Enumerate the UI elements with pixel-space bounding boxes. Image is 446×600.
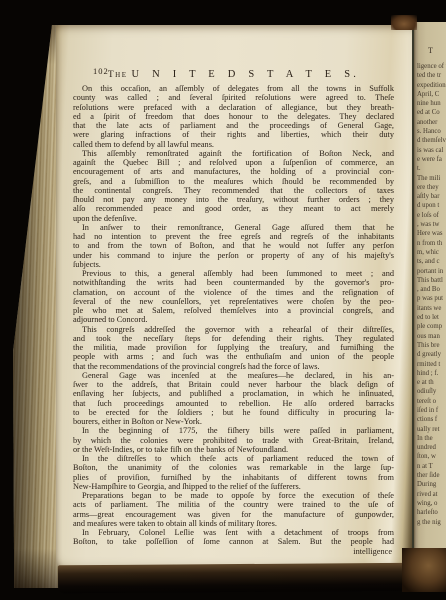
text-line: that the recommendations of the provinci… <box>73 362 394 371</box>
right-page-text-fragment: This bre <box>414 341 446 350</box>
right-page-text-fragment: d themſelv <box>414 136 446 145</box>
text-line: notwithſtanding the writs had been count… <box>73 278 394 287</box>
text-line: ſwer to the addreſs, that Britain could … <box>73 380 394 389</box>
text-line: ſhould not pay any money into the treaſu… <box>73 195 394 204</box>
right-page-text-fragment: hind ; f. <box>414 369 446 378</box>
running-title: The U N I T E D S T A T E S. <box>73 64 394 82</box>
right-page-text-fragment: ous man <box>414 332 446 341</box>
right-page-text-fragment: ted the tr <box>414 71 446 80</box>
right-page-text-fragment: n from th <box>414 239 446 248</box>
right-page-text-fragment: another <box>414 118 446 127</box>
page-header: 102 The U N I T E D S T A T E S. <box>73 64 394 78</box>
right-page-text-fragment: t. <box>414 164 446 173</box>
bottom-page-block-edge <box>58 563 434 594</box>
right-page-text-fragment: e were fa <box>414 155 446 164</box>
running-title-article: The <box>108 70 128 80</box>
text-line: General Gage was incenſed at the meaſure… <box>73 371 394 380</box>
paragraph: In anſwer to their remonſtrance, General… <box>73 223 394 269</box>
right-page-text-fragment: ed to let <box>414 313 446 322</box>
paragraph: Preparations began to be made to oppoſe … <box>73 491 394 528</box>
book-right-page-sliver: T ligence of tted the trexpedition tApri… <box>412 22 446 564</box>
text-line: county was called ; and ſeveral ſpirited… <box>73 93 394 102</box>
right-page-text-fragment: expedition t <box>414 81 446 90</box>
right-page-text-fragment: ed at Co <box>414 108 446 117</box>
text-line: that ſuch proceedings amounted to rebell… <box>73 399 394 408</box>
text-line: againſt the Quebec Bill ; and reſolved u… <box>73 158 394 167</box>
right-page-text-fragment: The mili <box>414 174 446 183</box>
paragraph: Previous to this, a general aſſembly had… <box>73 269 394 325</box>
text-line: reſolutions were prefaced with a declara… <box>73 103 394 112</box>
text-line: that the late acts of parliament and the… <box>73 121 394 130</box>
text-line: ſubjects. <box>73 260 394 269</box>
right-page-text-fragment: Here was <box>414 229 446 238</box>
text-line: or the Weſt-Indies, or to take fiſh on t… <box>73 445 394 454</box>
text-line: greſs, and a ſubmiſſion to the meaſures … <box>73 177 394 186</box>
right-page-text-fragment: m, whic <box>414 248 446 257</box>
right-page-text-fragment: rmitted t <box>414 360 446 369</box>
text-line: adjourned to Concord. <box>73 315 394 324</box>
text-line: Boſton, to take poſſeſſion of ſome canno… <box>73 537 394 546</box>
catchword: intelligence <box>73 547 394 556</box>
right-page-text-fragment: g the nig <box>414 518 446 527</box>
right-page-text-fragment: n at T <box>414 462 446 471</box>
right-page-text-fragment: tereſt o <box>414 397 446 406</box>
paragraph: This aſſembly remonſtrated againſt the f… <box>73 149 394 223</box>
right-page-text-fragment: odiuſly <box>414 387 446 396</box>
text-line: people with arms ; and ſuch was the enth… <box>73 352 394 361</box>
book-photo: 102 The U N I T E D S T A T E S. On this… <box>0 0 446 600</box>
text-line: and took the neceſſary ſteps for defendi… <box>73 334 394 343</box>
book-left-page: 102 The U N I T E D S T A T E S. On this… <box>56 25 414 572</box>
text-line: This aſſembly remonſtrated againſt the f… <box>73 149 394 158</box>
text-line: Preparations began to be made to oppoſe … <box>73 491 394 500</box>
text-line: arms—great encouragement was given for t… <box>73 510 394 519</box>
right-page-text-fragment: p was put <box>414 294 446 303</box>
text-line: On this occaſion, an aſſembly of delegat… <box>73 84 394 93</box>
right-page-text-fragments: ligence of tted the trexpedition tApril,… <box>414 62 446 527</box>
right-page-text-fragment: April, C <box>414 90 446 99</box>
paragraph: General Gage was incenſed at the meaſure… <box>73 371 394 427</box>
right-page-text-fragment: iſed in f <box>414 406 446 415</box>
right-page-text-fragment: This battl <box>414 276 446 285</box>
text-line: In anſwer to their remonſtrance, General… <box>73 223 394 232</box>
right-page-text-fragment: In the <box>414 434 446 443</box>
right-page-text-fragment: wing, o <box>414 499 446 508</box>
right-page-text-fragment: itants we <box>414 304 446 313</box>
text-line: plies of proviſion, furniſhed by the inh… <box>73 473 394 482</box>
right-page-text-fragment: portant in <box>414 267 446 276</box>
text-line: to and from the town of Boſton, and that… <box>73 241 394 250</box>
paragraph: On this occaſion, an aſſembly of delegat… <box>73 84 394 149</box>
right-page-text-fragment: ere they <box>414 183 446 192</box>
right-page-text-fragment: ple comp <box>414 322 446 331</box>
page-number: 102 <box>93 66 109 76</box>
text-line: by which the colonies were prohibited to… <box>73 436 394 445</box>
right-page-text-fragment: e loſs of <box>414 211 446 220</box>
right-page-text-fragment: s. Hanco <box>414 127 446 136</box>
text-line: acts of parliament. The militia of the c… <box>73 500 394 509</box>
text-line: This congreſs addreſſed the governor wit… <box>73 325 394 334</box>
right-page-text-fragment: , and Bo <box>414 285 446 294</box>
text-line: bourers, either in Boſton or New-York. <box>73 417 394 426</box>
text-line: the continental congreſs. They recommend… <box>73 186 394 195</box>
bottom-right-binding-corner <box>402 548 446 592</box>
right-page-text-fragment: d upon t <box>414 201 446 210</box>
right-page-text-fragment: rived at <box>414 490 446 499</box>
right-page-text-fragment: During <box>414 480 446 489</box>
paragraph: In the beginning of 1775, the fiſhery bi… <box>73 426 394 454</box>
text-line: under his command to injure the perſon o… <box>73 251 394 260</box>
text-line: had no intention to prevent the free egr… <box>73 232 394 241</box>
text-line: ſeveral of the new counſellors, yet repr… <box>73 297 394 306</box>
right-page-text-fragment: d greatly <box>414 350 446 359</box>
text-line: to be erected for the ſoldiers ; but he … <box>73 408 394 417</box>
right-page-text-fragment: nine hun <box>414 99 446 108</box>
right-page-text-fragment: harleſto <box>414 508 446 517</box>
paragraph: In the diſtreſſes to which theſe acts of… <box>73 454 394 491</box>
running-title-main: U N I T E D S T A T E S. <box>132 69 360 80</box>
paragraph: This congreſs addreſſed the governor wit… <box>73 325 394 371</box>
text-line: New-Hampſhire to Georgia, and ſhipped to… <box>73 482 394 491</box>
text-line: ed a ſpirit of freedom that does honour … <box>73 112 394 121</box>
right-page-text-fragment: is was cal <box>414 146 446 155</box>
text-line: In the diſtreſſes to which theſe acts of… <box>73 454 394 463</box>
right-page-text-fragment: ſton, w <box>414 452 446 461</box>
text-line: upon the defenſive. <box>73 214 394 223</box>
right-page-text-fragment: ually ret <box>414 425 446 434</box>
right-page-text-fragment: ts, and c <box>414 257 446 266</box>
text-line: ple who met at Salem, reſolved themſelve… <box>73 306 394 315</box>
text-block: On this occaſion, an aſſembly of delegat… <box>73 84 394 556</box>
top-right-binding-corner <box>391 15 417 30</box>
right-page-text-fragment: e at th <box>414 378 446 387</box>
right-page-text-fragment: , was tw <box>414 220 446 229</box>
right-page-text-fragment: aſtly bar <box>414 192 446 201</box>
text-line: clamation, on account of the violence of… <box>73 288 394 297</box>
paragraph: In February, Colonel Leſlie was ſent wit… <box>73 528 394 547</box>
text-line: Previous to this, a general aſſembly had… <box>73 269 394 278</box>
text-line: In the beginning of 1775, the fiſhery bi… <box>73 426 394 435</box>
right-page-header-fragment: T <box>414 46 446 55</box>
right-page-text-fragment: ther ſide <box>414 471 446 480</box>
text-line: enſlaving her ſubjects, and publiſhed a … <box>73 389 394 398</box>
text-line: encouragement of arts and manufactures, … <box>73 167 394 176</box>
text-line: and meaſures were taken to obtain all ki… <box>73 519 394 528</box>
text-line: were glaring infractions of their rights… <box>73 130 394 139</box>
text-line: called them to defend by all lawful mean… <box>73 140 394 149</box>
text-line: the militia, made proviſion for ſupplyin… <box>73 343 394 352</box>
text-line: alſo recommended peace and good order, a… <box>73 204 394 213</box>
right-page-text-fragment: ligence of t <box>414 62 446 71</box>
text-line: Boſton, the unanimity of the colonies wa… <box>73 463 394 472</box>
right-page-text-fragment: undred <box>414 443 446 452</box>
right-page-text-fragment: ctions f <box>414 415 446 424</box>
text-line: In February, Colonel Leſlie was ſent wit… <box>73 528 394 537</box>
